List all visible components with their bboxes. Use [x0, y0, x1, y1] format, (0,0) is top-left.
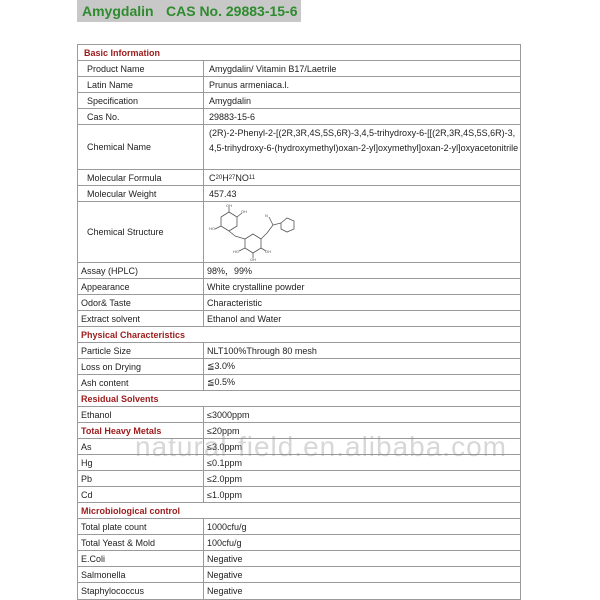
section-heading: Residual Solvents: [78, 391, 159, 406]
row-value: ≤0.1ppm: [204, 455, 520, 470]
row-label: Total plate count: [78, 519, 204, 534]
svg-text:OH: OH: [265, 249, 271, 254]
section-total-heavy-metals: Total Heavy Metals ≤20ppm: [78, 423, 520, 439]
formula-no: NO: [235, 173, 249, 183]
table-row: Salmonella Negative: [78, 567, 520, 583]
section-heading: Microbiological control: [78, 503, 180, 518]
table-row: Chemical Name (2R)-2-Phenyl-2-[(2R,3R,4S…: [78, 125, 520, 170]
row-value: Negative: [204, 551, 520, 566]
row-label: Product Name: [78, 61, 204, 76]
section-physical-characteristics: Physical Characteristics: [78, 327, 520, 343]
svg-text:N: N: [265, 213, 268, 218]
row-label: Total Yeast & Mold: [78, 535, 204, 550]
chemical-structure-image: HO OH OH N HO OH OH: [204, 202, 520, 262]
row-value: 457.43: [204, 186, 520, 201]
table-row: Particle Size NLT100%Through 80 mesh: [78, 343, 520, 359]
row-label: Molecular Formula: [78, 170, 204, 185]
row-label: Loss on Drying: [78, 359, 204, 374]
row-value: ≤2.0ppm: [204, 471, 520, 486]
formula-c-count: 20: [216, 175, 223, 181]
table-row: Chemical Structure: [78, 202, 520, 263]
row-label: Hg: [78, 455, 204, 470]
table-row: Molecular Weight 457.43: [78, 186, 520, 202]
table-row: Extract solvent Ethanol and Water: [78, 311, 520, 327]
row-value: ≤3000ppm: [204, 407, 520, 422]
table-row: Ethanol ≤3000ppm: [78, 407, 520, 423]
table-row: Product Name Amygdalin/ Vitamin B17/Laet…: [78, 61, 520, 77]
svg-text:OH: OH: [250, 257, 256, 261]
row-label: Chemical Name: [78, 125, 204, 169]
row-label: Chemical Structure: [78, 202, 204, 262]
row-value: Negative: [204, 567, 520, 582]
table-row: Staphylococcus Negative: [78, 583, 520, 599]
row-value: Prunus armeniaca.l.: [204, 77, 520, 92]
formula-o-count: 11: [249, 175, 255, 181]
row-label: Ash content: [78, 375, 204, 390]
table-row: Molecular Formula C20H27NO11: [78, 170, 520, 186]
table-row: Specification Amygdalin: [78, 93, 520, 109]
molecular-formula-value: C20H27NO11: [204, 170, 520, 185]
svg-text:OH: OH: [241, 209, 247, 214]
table-row: Hg ≤0.1ppm: [78, 455, 520, 471]
row-label: Pb: [78, 471, 204, 486]
row-label: Salmonella: [78, 567, 204, 582]
table-row: Pb ≤2.0ppm: [78, 471, 520, 487]
row-value: Amygdalin/ Vitamin B17/Laetrile: [204, 61, 520, 76]
row-label: Extract solvent: [78, 311, 204, 326]
section-heading: Total Heavy Metals: [78, 423, 204, 438]
row-value: ≤3.0ppm: [204, 439, 520, 454]
formula-h-count: 27: [229, 175, 236, 181]
cas-title: CAS No. 29883-15-6: [166, 3, 298, 19]
row-value: Negative: [204, 583, 520, 599]
table-row: Appearance White crystalline powder: [78, 279, 520, 295]
section-basic-information: Basic Information: [78, 45, 520, 61]
table-row: Cd ≤1.0ppm: [78, 487, 520, 503]
section-heading: Physical Characteristics: [78, 327, 185, 342]
row-label: As: [78, 439, 204, 454]
row-value: (2R)-2-Phenyl-2-[(2R,3R,4S,5S,6R)-3,4,5-…: [204, 125, 520, 169]
row-value: ≤20ppm: [204, 423, 520, 438]
row-label: Molecular Weight: [78, 186, 204, 201]
table-row: Loss on Drying ≦3.0%: [78, 359, 520, 375]
section-microbiological-control: Microbiological control: [78, 503, 520, 519]
section-heading: Basic Information: [78, 45, 160, 60]
row-value: NLT100%Through 80 mesh: [204, 343, 520, 358]
row-value: Ethanol and Water: [204, 311, 520, 326]
row-value: 29883-15-6: [204, 109, 520, 124]
row-value: ≦3.0%: [204, 359, 520, 374]
row-label: Cas No.: [78, 109, 204, 124]
row-value: 100cfu/g: [204, 535, 520, 550]
row-label: Odor& Taste: [78, 295, 204, 310]
row-value: 1000cfu/g: [204, 519, 520, 534]
row-label: Appearance: [78, 279, 204, 294]
row-value: White crystalline powder: [204, 279, 520, 294]
row-value: ≦0.5%: [204, 375, 520, 390]
row-value: Amygdalin: [204, 93, 520, 108]
table-row: Odor& Taste Characteristic: [78, 295, 520, 311]
row-value: 98%，99%: [204, 263, 520, 278]
row-value: ≤1.0ppm: [204, 487, 520, 502]
amygdalin-structure-icon: HO OH OH N HO OH OH: [209, 203, 309, 261]
row-label: Assay (HPLC): [78, 263, 204, 278]
row-label: Staphylococcus: [78, 583, 204, 599]
row-label: Latin Name: [78, 77, 204, 92]
row-value: Characteristic: [204, 295, 520, 310]
table-row: E.Coli Negative: [78, 551, 520, 567]
table-row: Assay (HPLC) 98%，99%: [78, 263, 520, 279]
svg-text:HO: HO: [233, 249, 239, 254]
title-bar: Amygdalin CAS No. 29883-15-6: [77, 0, 301, 22]
svg-text:HO: HO: [209, 226, 215, 231]
row-label: E.Coli: [78, 551, 204, 566]
row-label: Specification: [78, 93, 204, 108]
table-row: As ≤3.0ppm: [78, 439, 520, 455]
table-row: Total Yeast & Mold 100cfu/g: [78, 535, 520, 551]
product-title: Amygdalin: [82, 3, 154, 19]
table-row: Cas No. 29883-15-6: [78, 109, 520, 125]
svg-text:OH: OH: [226, 203, 232, 208]
table-row: Ash content ≦0.5%: [78, 375, 520, 391]
spec-table: Basic Information Product Name Amygdalin…: [77, 44, 521, 600]
row-label: Cd: [78, 487, 204, 502]
table-row: Total plate count 1000cfu/g: [78, 519, 520, 535]
row-label: Ethanol: [78, 407, 204, 422]
table-row: Latin Name Prunus armeniaca.l.: [78, 77, 520, 93]
section-residual-solvents: Residual Solvents: [78, 391, 520, 407]
row-label: Particle Size: [78, 343, 204, 358]
